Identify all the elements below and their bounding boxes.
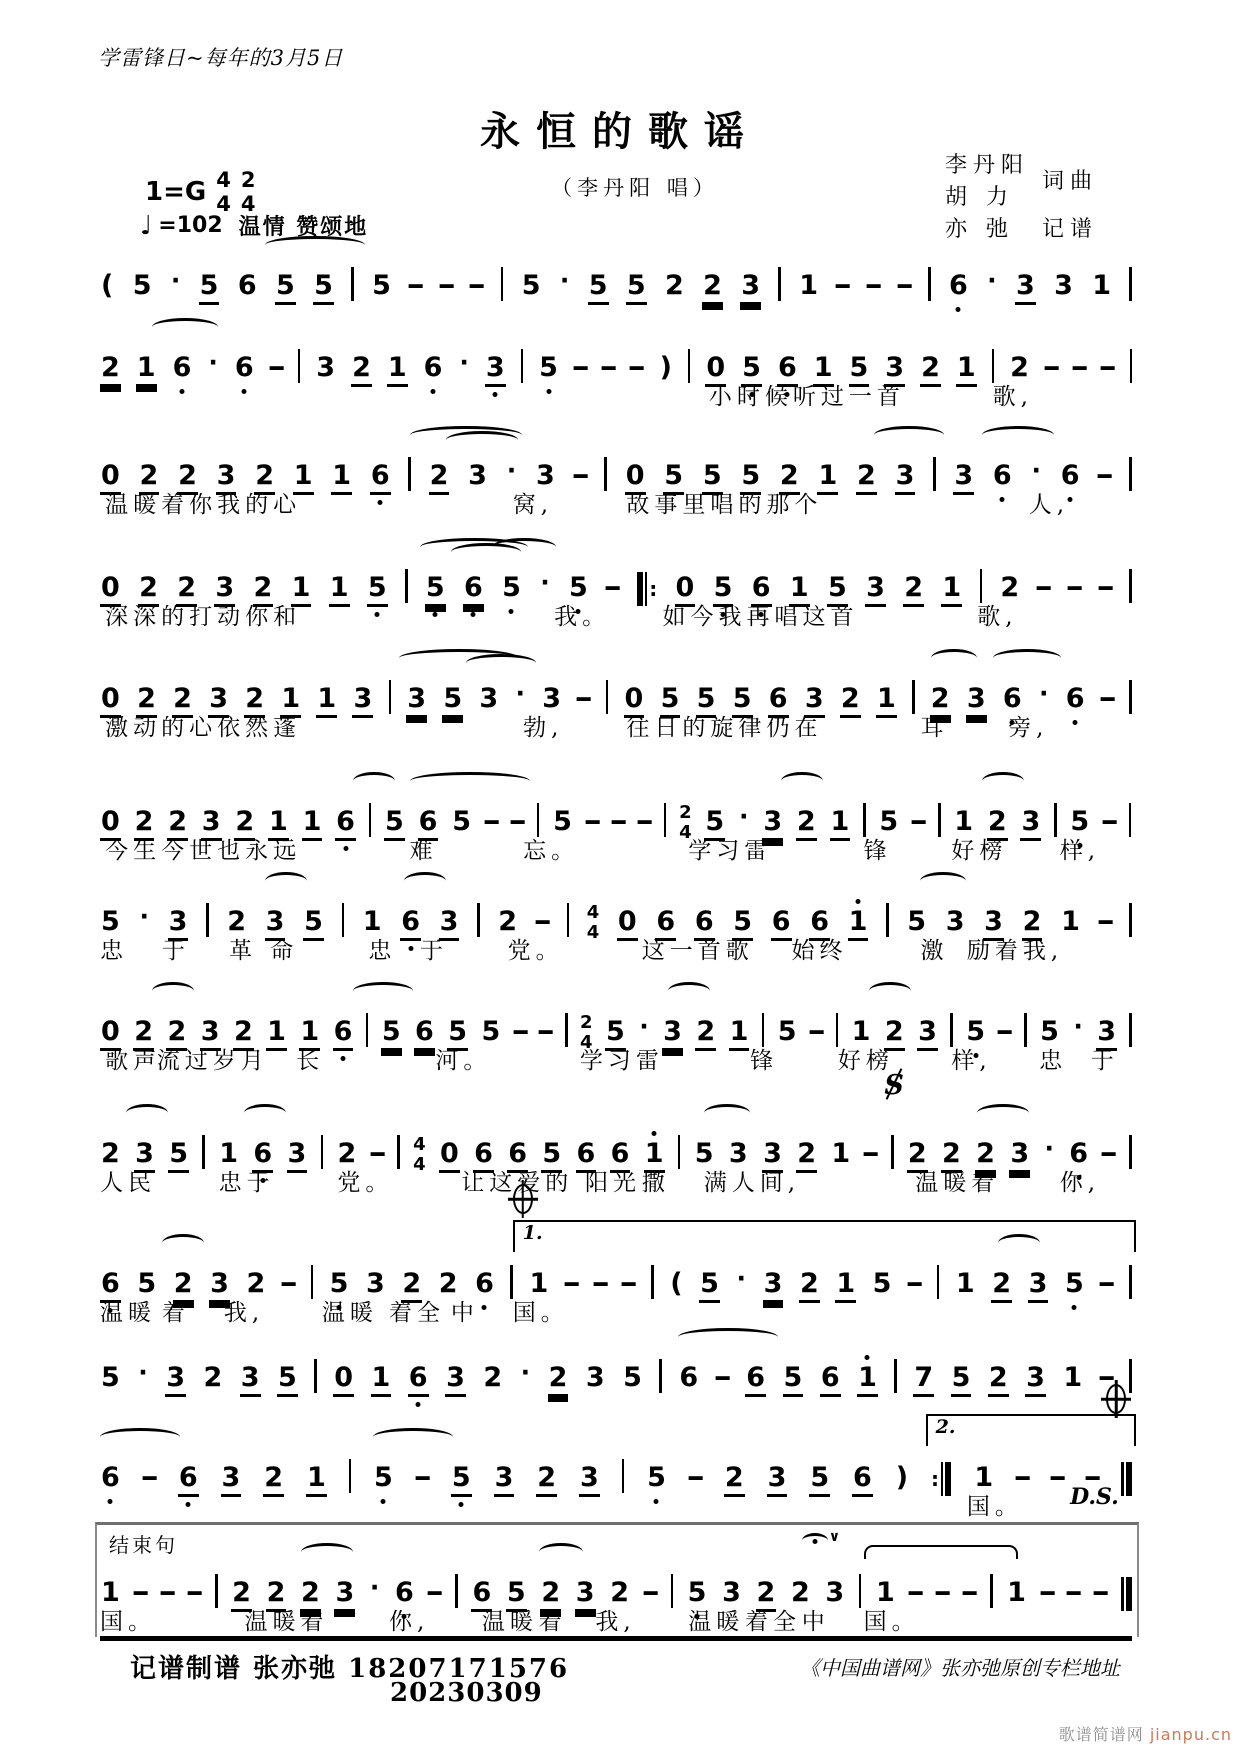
barline — [938, 803, 941, 837]
repeat-dots: : — [931, 1469, 939, 1489]
note-digit: 6 — [370, 462, 391, 495]
duration-dash: - — [1094, 462, 1116, 489]
note-digit: 3 — [728, 1140, 749, 1167]
aug-dot: · — [458, 350, 470, 375]
duration-dash: - — [994, 1018, 1016, 1045]
note-digit: 3 — [352, 685, 373, 718]
note-digit: 1 — [835, 1270, 856, 1303]
note-digit: 2 — [991, 1270, 1012, 1303]
note-digit: 6 — [394, 1579, 415, 1606]
notes-row: 5·323501632·2356-656175231- — [100, 1342, 1132, 1398]
repeat-start-barline: : — [637, 572, 658, 606]
barline — [366, 1013, 369, 1047]
aug-dot: · — [738, 804, 750, 829]
footer-site-note: 《中国曲谱网》张亦弛原创专栏地址 — [800, 1652, 1120, 1681]
lyric-word: 我。 — [554, 598, 610, 631]
note-digit: 3 — [895, 462, 916, 495]
slur-arc — [874, 426, 944, 444]
note-digit: 6 — [423, 354, 444, 381]
duration-dash: - — [1040, 354, 1062, 381]
lyric-word: 中 — [802, 1603, 830, 1636]
note-digit: 3 — [763, 1270, 784, 1303]
note-digit: 3 — [740, 272, 761, 305]
note-digit: 6 — [237, 272, 258, 299]
note-digit: 3 — [575, 1579, 596, 1612]
note-digit: 1 — [798, 272, 819, 299]
note-digit: 6 — [178, 1464, 199, 1497]
duration-dash: - — [1063, 1579, 1085, 1606]
duration-dash: - — [581, 808, 603, 835]
duration-dash: - — [932, 1579, 954, 1606]
barline — [369, 803, 372, 837]
aug-dot: · — [369, 1575, 381, 1600]
system-12: 6-63215-53235-2356):1---国。2.D.S. — [100, 1442, 1132, 1528]
slur-arc — [301, 1543, 353, 1561]
note-digit: 6 — [948, 272, 969, 299]
lyric-word: 党。 — [508, 932, 564, 965]
duration-dash: - — [639, 1579, 661, 1606]
duration-dash: - — [903, 1270, 925, 1297]
aug-dot: · — [137, 1360, 149, 1385]
lyric-word: 始终 — [791, 932, 847, 965]
slur-arc — [993, 649, 1061, 667]
system-13: 1---2223·6-65232-532231---1---国。温暖着你,温暖着… — [100, 1557, 1132, 1643]
duration-dash: - — [157, 1579, 179, 1606]
note-digit: 2 — [482, 1364, 503, 1391]
slur-arc — [353, 772, 395, 790]
barline — [397, 1135, 400, 1169]
note-digit: 1 — [331, 462, 352, 495]
note-digit: 1 — [857, 1364, 878, 1397]
time-signature: 44 — [413, 1136, 426, 1174]
lyric-word: 样, — [951, 1042, 991, 1075]
note-digit: 1 — [851, 1018, 872, 1045]
note-digit: 5 — [132, 272, 153, 299]
note-digit: 5 — [329, 1270, 350, 1297]
barline — [933, 457, 936, 491]
barline — [778, 267, 781, 301]
coda-icon — [513, 1184, 533, 1214]
lyric-word: 激 — [920, 932, 948, 965]
duration-dash: - — [411, 1464, 433, 1491]
duration-dash: - — [424, 1579, 446, 1606]
barline — [891, 1135, 894, 1169]
note-digit: 6 — [1065, 685, 1086, 712]
barline — [565, 1013, 568, 1047]
lyric-word: 忠于 — [219, 1164, 275, 1197]
note-digit: 3 — [406, 685, 427, 718]
note-digit: 6 — [474, 1270, 495, 1297]
barline — [314, 1359, 317, 1393]
barline — [215, 1574, 218, 1608]
lyric-word: 党。 — [337, 1164, 393, 1197]
duration-dash: - — [598, 354, 620, 381]
duration-dash: - — [1047, 1464, 1069, 1491]
note-digit: 3 — [579, 1464, 600, 1497]
note-digit: 1 — [529, 1270, 550, 1297]
duration-dash: - — [607, 808, 629, 835]
aug-dot: · — [1072, 1014, 1084, 1039]
duration-dash: - — [1036, 1579, 1058, 1606]
note-digit: 6 — [172, 354, 193, 381]
note-digit: 3 — [365, 1270, 386, 1297]
note-digit: 3 — [287, 1140, 308, 1173]
lyric-word: 于 — [1091, 1042, 1119, 1075]
note-digit: 1 — [956, 354, 977, 387]
note-digit: 1 — [953, 808, 974, 835]
note-digit: 1 — [1062, 1364, 1083, 1391]
barline — [622, 1459, 625, 1493]
note-digit: 3 — [824, 1579, 845, 1606]
barline — [1129, 267, 1132, 301]
meter-digit: 4 — [413, 1156, 426, 1174]
note-digit: 5 — [303, 908, 324, 941]
system-10: 65232-532261---(5·3215-1235-温暖着我,温暖着全中国。… — [100, 1248, 1132, 1334]
slur-arc — [265, 236, 365, 254]
note-digit: 1 — [729, 1018, 750, 1051]
note-digit: 2 — [724, 1464, 745, 1497]
duration-dash: - — [184, 1579, 206, 1606]
note-digit: 1 — [371, 1364, 392, 1397]
note-digit: 0 — [439, 1140, 460, 1173]
lyric-word: 国。 — [864, 1603, 920, 1636]
note-digit: 1 — [362, 908, 383, 935]
barline — [1129, 457, 1132, 491]
lyric-word: 中 — [451, 1294, 479, 1327]
duration-dash: - — [506, 808, 528, 835]
duration-dash: - — [618, 1270, 640, 1297]
duration-dash: - — [138, 1464, 160, 1491]
duration-dash: - — [1090, 1579, 1112, 1606]
barline — [1129, 569, 1132, 603]
lyric-word: 锋 — [864, 832, 892, 865]
note-digit: 2 — [548, 1364, 569, 1397]
lyric-word: 如今我再唱这首 — [662, 598, 858, 631]
note-digit: 1 — [302, 808, 323, 841]
notes-row: 216·6-3216·35---)056153212--- — [100, 332, 1132, 388]
duration-dash: - — [1011, 1464, 1033, 1491]
barline — [206, 903, 209, 937]
lyric-word: 国。 — [513, 1294, 569, 1327]
barline — [894, 1359, 897, 1393]
slur-arc — [781, 772, 823, 790]
note-digit: 5 — [371, 272, 392, 299]
note-digit: 3 — [240, 1364, 261, 1397]
slur-arc — [446, 431, 518, 449]
note-digit: 5 — [100, 908, 121, 935]
barline — [1129, 803, 1132, 837]
note-digit: 2 — [695, 1018, 716, 1051]
note-digit: 2 — [920, 354, 941, 387]
aug-dot: · — [514, 681, 526, 706]
note-digit: 1 — [316, 685, 337, 718]
duration-dash: - — [805, 1018, 827, 1045]
note-digit: 2 — [203, 1364, 224, 1391]
fermata-arc — [802, 1533, 828, 1548]
note-digit: ) — [895, 1464, 909, 1491]
note-digit: ( — [100, 272, 114, 299]
lyric-word: 着 — [162, 1294, 190, 1327]
note-digit: 2 — [796, 808, 817, 841]
note-digit: 6 — [1060, 462, 1081, 489]
lyric-word: 温暖 — [322, 1294, 378, 1327]
lyric-word: 激动的心依然蓬 — [105, 709, 301, 742]
note-digit: 3 — [1020, 808, 1041, 841]
watermark: 歌谱简谱网 jianpu.cn — [1059, 1722, 1232, 1745]
barline — [912, 680, 915, 714]
barline — [1129, 1013, 1132, 1047]
note-digit: 6 — [992, 462, 1013, 489]
lyric-word: 温暖 — [482, 1603, 538, 1636]
note-digit: 3 — [767, 1464, 788, 1497]
lyric-word: 样, — [1060, 832, 1100, 865]
aug-dot: · — [638, 1014, 650, 1039]
note-digit: 6 — [820, 1364, 841, 1397]
duration-dash: - — [860, 1140, 882, 1167]
barline — [349, 1459, 352, 1493]
note-digit: 5 — [521, 272, 542, 299]
duration-dash: - — [1098, 808, 1120, 835]
slur-arc — [977, 1104, 1029, 1122]
thin-bar — [645, 572, 648, 606]
barline — [408, 457, 411, 491]
meter-digit: 2 — [679, 804, 692, 822]
note-digit: 2 — [100, 354, 121, 387]
barline — [311, 1265, 314, 1299]
duration-dash: - — [1063, 574, 1085, 601]
note-digit: 2 — [429, 462, 450, 495]
note-digit: 2 — [337, 1140, 358, 1167]
duration-dash: - — [366, 1140, 388, 1167]
note-digit: 5 — [809, 1464, 830, 1497]
note-digit: 5 — [906, 908, 927, 935]
note-digit: 2 — [840, 685, 861, 718]
note-digit: 2 — [903, 574, 924, 607]
lyric-word: 小时候听过一首 — [709, 378, 905, 411]
lyric-word: 于 — [420, 932, 448, 965]
duration-dash: - — [405, 272, 427, 299]
duration-dash: - — [905, 1579, 927, 1606]
barline — [886, 903, 889, 937]
barline — [477, 903, 480, 937]
barline — [405, 569, 408, 603]
duration-dash: - — [1097, 354, 1119, 381]
lyric-word: 着全 — [389, 1294, 445, 1327]
slur-arc — [353, 982, 413, 1000]
note-digit: 3 — [585, 1364, 606, 1391]
note-digit: 6 — [463, 574, 484, 607]
lyric-word: 忘。 — [523, 832, 579, 865]
duration-dash: - — [573, 685, 595, 712]
breath-mark: ∨ — [829, 1529, 840, 1545]
barline — [659, 1359, 662, 1393]
duration-dash: - — [711, 1364, 733, 1391]
note-digit: 5 — [1039, 1018, 1060, 1045]
note-digit: 1 — [1006, 1579, 1027, 1606]
note-digit: 3 — [662, 1018, 683, 1051]
note-digit: 5 — [622, 1364, 643, 1391]
duration-dash: - — [684, 1464, 706, 1491]
note-digit: 5 — [626, 272, 647, 305]
barline — [389, 680, 392, 714]
lyric-word: 温暖着你我的心 — [105, 486, 301, 519]
lyric-word: 歌声 — [105, 1042, 161, 1075]
lyric-word: 温暖着 — [915, 1164, 999, 1197]
barline — [298, 349, 301, 383]
lyric-word: 难 — [410, 832, 438, 865]
note-digit: 5 — [588, 272, 609, 305]
lyric-word: 你, — [389, 1603, 429, 1636]
note-digit: 5 — [313, 272, 334, 305]
meter-digit: 4 — [587, 904, 600, 922]
aug-dot: · — [1043, 1136, 1055, 1161]
lyric-word: 往日的旋律仍在 — [626, 709, 822, 742]
lyric-word: 我, — [595, 1603, 635, 1636]
note-digit: 3 — [945, 908, 966, 935]
note-digit: 3 — [1009, 1140, 1030, 1173]
volta-label: 1. — [515, 1222, 1134, 1244]
barline — [521, 349, 524, 383]
duration-dash: - — [832, 272, 854, 299]
note-digit: 1 — [973, 1464, 994, 1491]
duration-dash: - — [959, 1579, 981, 1606]
note-digit: 5 — [275, 272, 296, 305]
note-digit: 5 — [136, 1270, 157, 1297]
duration-dash: - — [509, 1018, 531, 1045]
note-digit: 5 — [373, 1464, 394, 1491]
slur-arc — [265, 872, 307, 890]
duration-dash: - — [633, 808, 655, 835]
lyric-word: 学习雷 — [688, 832, 772, 865]
lyric-word: 好榜 — [951, 832, 1007, 865]
barline — [678, 1135, 681, 1169]
duration-dash: - — [265, 354, 287, 381]
note-digit: 7 — [913, 1364, 934, 1397]
note-digit: 5 — [381, 1018, 402, 1051]
footer-divider — [100, 1636, 1132, 1641]
note-digit: 6 — [333, 1018, 354, 1051]
note-digit: 1 — [218, 1140, 239, 1167]
note-digit: 3 — [865, 574, 886, 607]
aug-dot: · — [520, 1360, 532, 1385]
note-digit: 1 — [1091, 272, 1112, 299]
lyric-word: 长 — [296, 1042, 324, 1075]
duration-dash: - — [1096, 1270, 1118, 1297]
slur-arc — [869, 982, 911, 1000]
note-digit: 1 — [876, 685, 897, 718]
barline — [990, 1574, 993, 1608]
aug-dot: · — [1030, 458, 1042, 483]
note-digit: 1 — [100, 1579, 121, 1606]
thin-bar — [1121, 1462, 1124, 1496]
lyric-word: 今生今世也永远 — [105, 832, 301, 865]
note-digit: 3 — [494, 1464, 515, 1497]
lyric-word: 撒 — [642, 1164, 670, 1197]
note-digit: 2 — [999, 574, 1020, 601]
duration-dash: - — [907, 808, 929, 835]
barline — [1129, 1359, 1132, 1393]
slur-arc — [864, 1545, 1018, 1559]
lyric-word: 故事里唱的那个 — [626, 486, 822, 519]
note-digit: 6 — [771, 908, 792, 941]
note-digit: 1 — [387, 354, 408, 387]
lyric-word: 你, — [1060, 1164, 1100, 1197]
repeat-end-barline: : — [931, 1462, 952, 1496]
dal-segno-label: D.S. — [1070, 1484, 1119, 1510]
lyric-word: 旁, — [1008, 709, 1048, 742]
lyric-word: 我, — [224, 1294, 264, 1327]
lyric-word: 国。 — [100, 1603, 156, 1636]
lyric-word: 命 — [270, 932, 298, 965]
lyric-word: 忠 — [100, 932, 128, 965]
aug-dot: · — [559, 268, 571, 293]
slur-arc — [678, 1328, 778, 1346]
lyric-word: 满人间, — [704, 1164, 800, 1197]
barline — [651, 1265, 654, 1299]
footer-date: 20230309 — [390, 1678, 543, 1708]
slur-arc — [982, 426, 1054, 444]
note-digit: 5 — [777, 1018, 798, 1045]
lyric-word: 着全 — [745, 1603, 801, 1636]
duration-dash: - — [277, 1270, 299, 1297]
note-digit: 5 — [277, 1364, 298, 1397]
note-digit: 3 — [315, 354, 336, 381]
aug-dot: · — [207, 350, 219, 375]
note-digit: 3 — [917, 1018, 938, 1051]
slur-arc — [162, 1234, 204, 1252]
lyric-word: 歌, — [993, 378, 1033, 411]
note-digit: 5 — [568, 574, 589, 601]
duration-dash: - — [1098, 1140, 1120, 1167]
lyric-word: 于 — [162, 932, 190, 965]
note-digit: 5 — [451, 1464, 472, 1497]
duration-dash: - — [480, 808, 502, 835]
note-digit: 5 — [425, 574, 446, 607]
note-digit: 2 — [664, 272, 685, 299]
meter-digit: 4 — [587, 924, 600, 942]
note-digit: 5 — [699, 1270, 720, 1303]
note-digit: 1 — [136, 354, 157, 387]
volta-label: 2. — [928, 1416, 1134, 1438]
system-6: 02232116565--5---245·3215-1235-今生今世也永远难忘… — [100, 786, 1132, 872]
lyric-word: 人民 — [100, 1164, 156, 1197]
note-digit: 5 — [100, 1364, 121, 1391]
lyric-word: 学习雷 — [580, 1042, 664, 1075]
system-9: 2351632-44066566153321-2223·6-人民忠于党。让这爱的… — [100, 1118, 1132, 1204]
aug-dot: · — [138, 904, 150, 929]
note-digit: 3 — [1028, 1270, 1049, 1303]
system-2: 216·6-3216·35---)056153212---小时候听过一首歌, — [100, 332, 1132, 418]
note-digit: 1 — [875, 1579, 896, 1606]
note-digit: 3 — [445, 1364, 466, 1397]
slur-arc — [152, 318, 218, 336]
note-digit: 2 — [702, 272, 723, 305]
note-digit: 3 — [478, 685, 499, 712]
aug-dot: · — [1038, 681, 1050, 706]
note-digit: 5 — [783, 1364, 804, 1397]
note-digit: 1 — [830, 808, 851, 841]
barline — [1129, 1135, 1132, 1169]
aug-dot: · — [506, 458, 518, 483]
barline — [859, 1574, 862, 1608]
note-digit: 6 — [1068, 1140, 1089, 1167]
note-digit: 3 — [485, 354, 506, 387]
barline — [455, 1574, 458, 1608]
notes-row: (5·56555---5·552231---6·331 — [100, 250, 1132, 306]
system-7: 5·32351632-44066566153321-忠于革命忠于党。这一首歌始终… — [100, 886, 1132, 972]
duration-dash: - — [1094, 908, 1116, 935]
lyric-word: 忠 — [368, 932, 396, 965]
